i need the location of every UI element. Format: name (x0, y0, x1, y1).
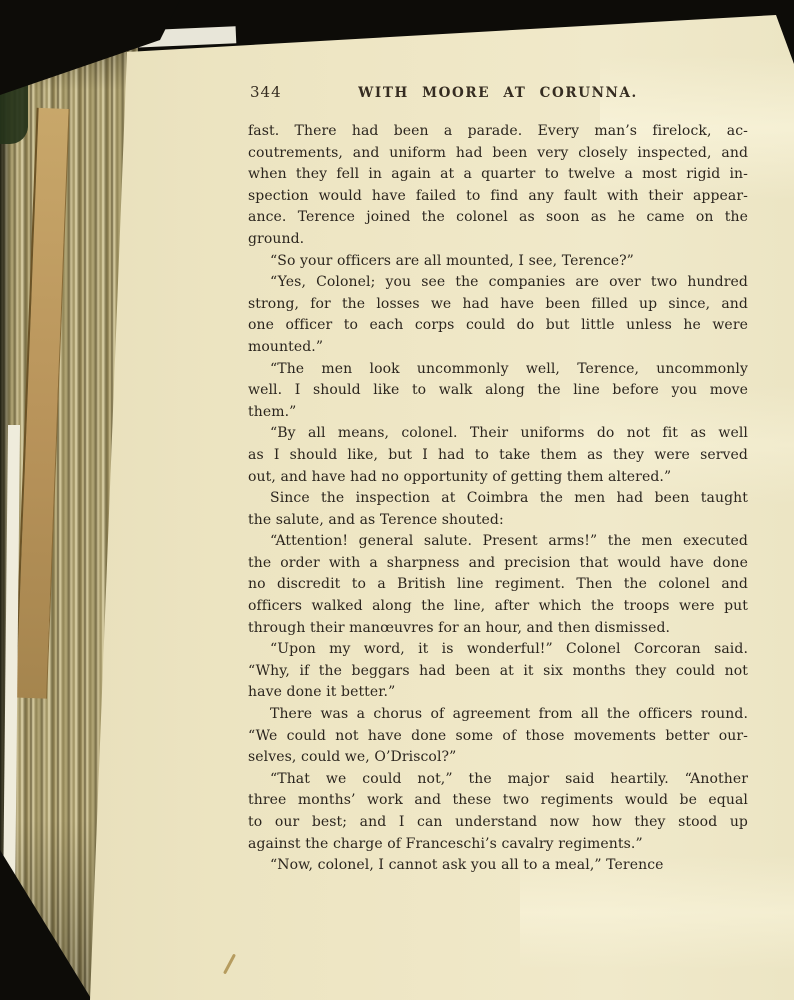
text-line: There was a chorus of agreement from all… (248, 704, 748, 726)
text-line: “The men look uncommonly well, Terence, … (248, 359, 748, 381)
text-line: through their manœuvres for an hour, and… (248, 618, 748, 640)
text-line: “Yes, Colonel; you see the companies are… (248, 272, 748, 294)
text-line: ground. (248, 229, 748, 251)
paragraph: “So your officers are all mounted, I see… (248, 251, 748, 273)
text-line: “Now, colonel, I cannot ask you all to a… (248, 855, 748, 877)
paragraph: There was a chorus of agreement from all… (248, 704, 748, 769)
paragraph: “Yes, Colonel; you see the companies are… (248, 272, 748, 358)
paragraph: “Now, colonel, I cannot ask you all to a… (248, 855, 748, 877)
text-line: “So your officers are all mounted, I see… (248, 251, 748, 273)
running-title: WITH MOORE AT CORUNNA. (248, 85, 748, 101)
text-line: when they fell in again at a quarter to … (248, 164, 748, 186)
paragraph: “That we could not,” the major said hear… (248, 769, 748, 855)
text-line: “By all means, colonel. Their uniforms d… (248, 423, 748, 445)
text-line: one officer to each corps could do but l… (248, 315, 748, 337)
text-line: strong, for the losses we had have been … (248, 294, 748, 316)
text-line: “Upon my word, it is wonderful!” Colonel… (248, 639, 748, 661)
text-line: no discredit to a British line regiment.… (248, 574, 748, 596)
text-line: “That we could not,” the major said hear… (248, 769, 748, 791)
text-line: three months’ work and these two regimen… (248, 790, 748, 812)
text-line: spection would have failed to find any f… (248, 186, 748, 208)
paragraph: “By all means, colonel. Their uniforms d… (248, 423, 748, 488)
text-line: coutrements, and uniform had been very c… (248, 143, 748, 165)
text-line: ance. Terence joined the colonel as soon… (248, 207, 748, 229)
text-line: the salute, and as Terence shouted: (248, 510, 748, 532)
paragraph: fast. There had been a parade. Every man… (248, 121, 748, 251)
text-line: “Why, if the beggars had been at it six … (248, 661, 748, 683)
pen-mark (223, 954, 236, 975)
text-line: fast. There had been a parade. Every man… (248, 121, 748, 143)
text-line: have done it better.” (248, 682, 748, 704)
paragraph: Since the inspection at Coimbra the men … (248, 488, 748, 531)
text-line: selves, could we, O’Driscol?” (248, 747, 748, 769)
text-line: mounted.” (248, 337, 748, 359)
text-line: against the charge of Franceschi’s caval… (248, 834, 748, 856)
text-line: “We could not have done some of those mo… (248, 726, 748, 748)
text-line: “Attention! general salute. Present arms… (248, 531, 748, 553)
text-line: as I should like, but I had to take them… (248, 445, 748, 467)
text-line: Since the inspection at Coimbra the men … (248, 488, 748, 510)
text-block: fast. There had been a parade. Every man… (248, 121, 748, 877)
paragraph: “Upon my word, it is wonderful!” Colonel… (248, 639, 748, 704)
paragraph: “Attention! general salute. Present arms… (248, 531, 748, 639)
text-line: well. I should like to walk along the li… (248, 380, 748, 402)
scanned-book-photo: 344 WITH MOORE AT CORUNNA. fast. There h… (0, 0, 794, 1000)
text-line: out, and have had no opportunity of gett… (248, 467, 748, 489)
text-line: them.” (248, 402, 748, 424)
page-header: 344 WITH MOORE AT CORUNNA. (248, 83, 748, 105)
text-line: officers walked along the line, after wh… (248, 596, 748, 618)
paragraph: “The men look uncommonly well, Terence, … (248, 359, 748, 424)
text-line: the order with a sharpness and precision… (248, 553, 748, 575)
text-line: to our best; and I can understand now ho… (248, 812, 748, 834)
